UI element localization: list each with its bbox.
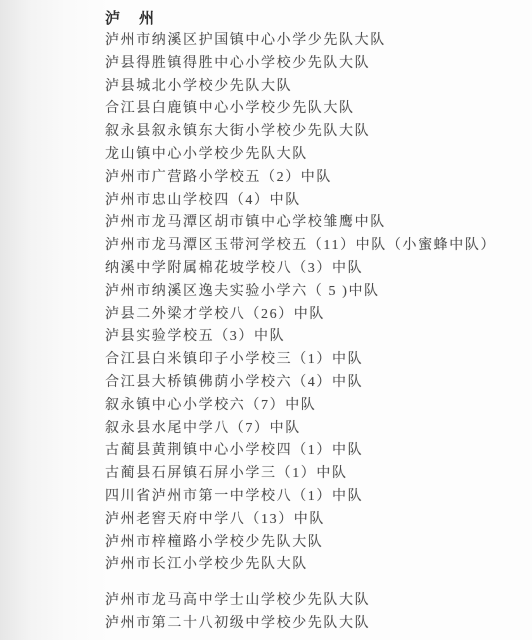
list-item: 泸州市龙马潭区胡市镇中心学校雏鹰中队 (105, 212, 496, 235)
list-item: 古蔺县石屏镇石屏小学三（1）中队 (105, 463, 496, 486)
list-item: 泸州市纳溪区护国镇中心小学少先队大队 (105, 30, 496, 53)
region-title: 泸 州 (105, 8, 496, 30)
list-item: 四川省泸州市第一中学校八（1）中队 (105, 486, 496, 509)
list-item: 合江县白鹿镇中心小学校少先队大队 (105, 98, 496, 121)
list-item: 泸州市第二十八初级中学校少先队大队 (105, 613, 496, 636)
list-item: 泸州市龙马潭区玉带河学校五（11）中队（小蜜蜂中队） (105, 235, 496, 258)
entry-list: 泸州市纳溪区护国镇中心小学少先队大队 泸县得胜镇得胜中心小学校少先队大队 泸县城… (105, 30, 496, 577)
list-item: 泸州市广营路小学校五（2）中队 (105, 167, 496, 190)
list-item: 叙永镇中心小学校六（7）中队 (105, 395, 496, 418)
list-item: 泸州市梓橦路小学校少先队大队 (105, 532, 496, 555)
entry-list-after-gap: 泸州市龙马高中学士山学校少先队大队 泸州市第二十八初级中学校少先队大队 (105, 590, 496, 636)
list-item: 叙永县水尾中学八（7）中队 (105, 418, 496, 441)
document-content: 泸 州 泸州市纳溪区护国镇中心小学少先队大队 泸县得胜镇得胜中心小学校少先队大队… (105, 8, 496, 636)
list-item: 泸县得胜镇得胜中心小学校少先队大队 (105, 53, 496, 76)
list-item: 泸县实验学校五（3）中队 (105, 326, 496, 349)
list-item: 合江县大桥镇佛荫小学校六（4）中队 (105, 372, 496, 395)
list-item: 泸州老窖天府中学八（13）中队 (105, 509, 496, 532)
list-item: 泸州市长江小学校少先队大队 (105, 554, 496, 577)
document-page: 泸 州 泸州市纳溪区护国镇中心小学少先队大队 泸县得胜镇得胜中心小学校少先队大队… (0, 0, 532, 640)
list-item: 泸县二外梁才学校八（26）中队 (105, 304, 496, 327)
list-item: 泸州市忠山学校四（4）中队 (105, 190, 496, 213)
list-item: 古蔺县黄荆镇中心小学校四（1）中队 (105, 440, 496, 463)
list-item: 叙永县叙永镇东大街小学校少先队大队 (105, 121, 496, 144)
list-item: 泸县城北小学校少先队大队 (105, 76, 496, 99)
list-item: 泸州市纳溪区逸夫实验小学六（ 5 )中队 (105, 281, 496, 304)
list-item: 合江县白米镇印子小学校三（1）中队 (105, 349, 496, 372)
list-item: 纳溪中学附属棉花坡学校八（3）中队 (105, 258, 496, 281)
list-item: 泸州市龙马高中学士山学校少先队大队 (105, 590, 496, 613)
list-item: 龙山镇中心小学校少先队大队 (105, 144, 496, 167)
